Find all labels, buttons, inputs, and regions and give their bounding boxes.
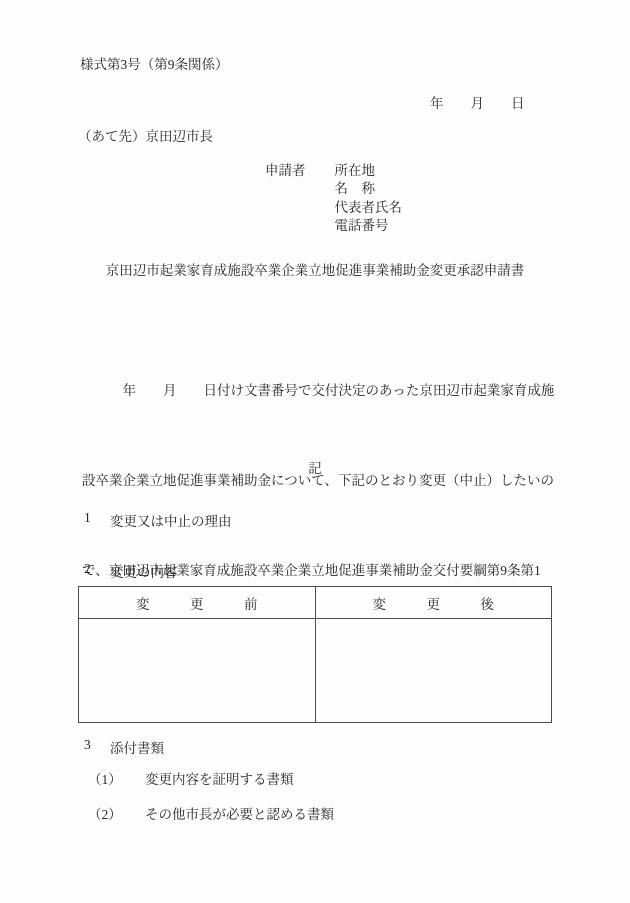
change-table-body-row — [79, 619, 551, 722]
section-2-change-details: 2 変更の内容 — [84, 561, 178, 581]
change-before-cell — [79, 619, 315, 722]
section-1-reason: 1 変更又は中止の理由 — [84, 510, 232, 530]
body-line-1: 年 月 日付け文書番号で交付決定のあった京田辺市起業家育成施 — [82, 376, 562, 406]
note-marker: 記 — [0, 457, 630, 477]
form-number: 様式第3号（第9条関係） — [80, 53, 229, 73]
applicant-field-phone: 電話番号 — [335, 217, 403, 235]
applicant-fields: 所在地 名 称 代表者氏名 電話番号 — [335, 162, 403, 236]
change-after-header: 変 更 後 — [315, 587, 552, 618]
applicant-field-address: 所在地 — [335, 162, 403, 180]
section-1-number: 1 — [84, 510, 110, 530]
attachment-2-label: その他市長が必要と認める書類 — [145, 803, 334, 823]
change-table: 変 更 前 変 更 後 — [78, 586, 552, 723]
change-table-header-row: 変 更 前 変 更 後 — [79, 587, 551, 619]
document-title: 京田辺市起業家育成施設卒業企業立地促進事業補助金変更承認申請書 — [0, 259, 630, 279]
attachment-1-number: （1） — [88, 768, 129, 788]
attachment-1-label: 変更内容を証明する書類 — [145, 768, 294, 788]
section-3-number: 3 — [84, 737, 110, 757]
issue-date-line: 年 月 日 — [430, 92, 525, 112]
section-2-number: 2 — [84, 561, 110, 581]
section-3-label: 添付書類 — [110, 737, 164, 757]
section-2-label: 変更の内容 — [110, 561, 178, 581]
document-page: 様式第3号（第9条関係） 年 月 日 （あて先）京田辺市長 申請者 所在地 名 … — [0, 0, 630, 903]
attachment-item-1: （1） 変更内容を証明する書類 — [88, 768, 294, 788]
section-1-label: 変更又は中止の理由 — [110, 510, 232, 530]
applicant-label: 申請者 — [265, 162, 306, 180]
attachment-2-number: （2） — [88, 803, 129, 823]
applicant-field-name: 名 称 — [335, 180, 403, 198]
change-before-header: 変 更 前 — [79, 587, 315, 618]
applicant-block: 申請者 所在地 名 称 代表者氏名 電話番号 — [265, 162, 402, 236]
addressee-line: （あて先）京田辺市長 — [78, 125, 213, 145]
change-after-cell — [315, 619, 552, 722]
section-3-attachments: 3 添付書類 — [84, 737, 164, 757]
applicant-field-representative: 代表者氏名 — [335, 199, 403, 217]
attachment-item-2: （2） その他市長が必要と認める書類 — [88, 803, 334, 823]
